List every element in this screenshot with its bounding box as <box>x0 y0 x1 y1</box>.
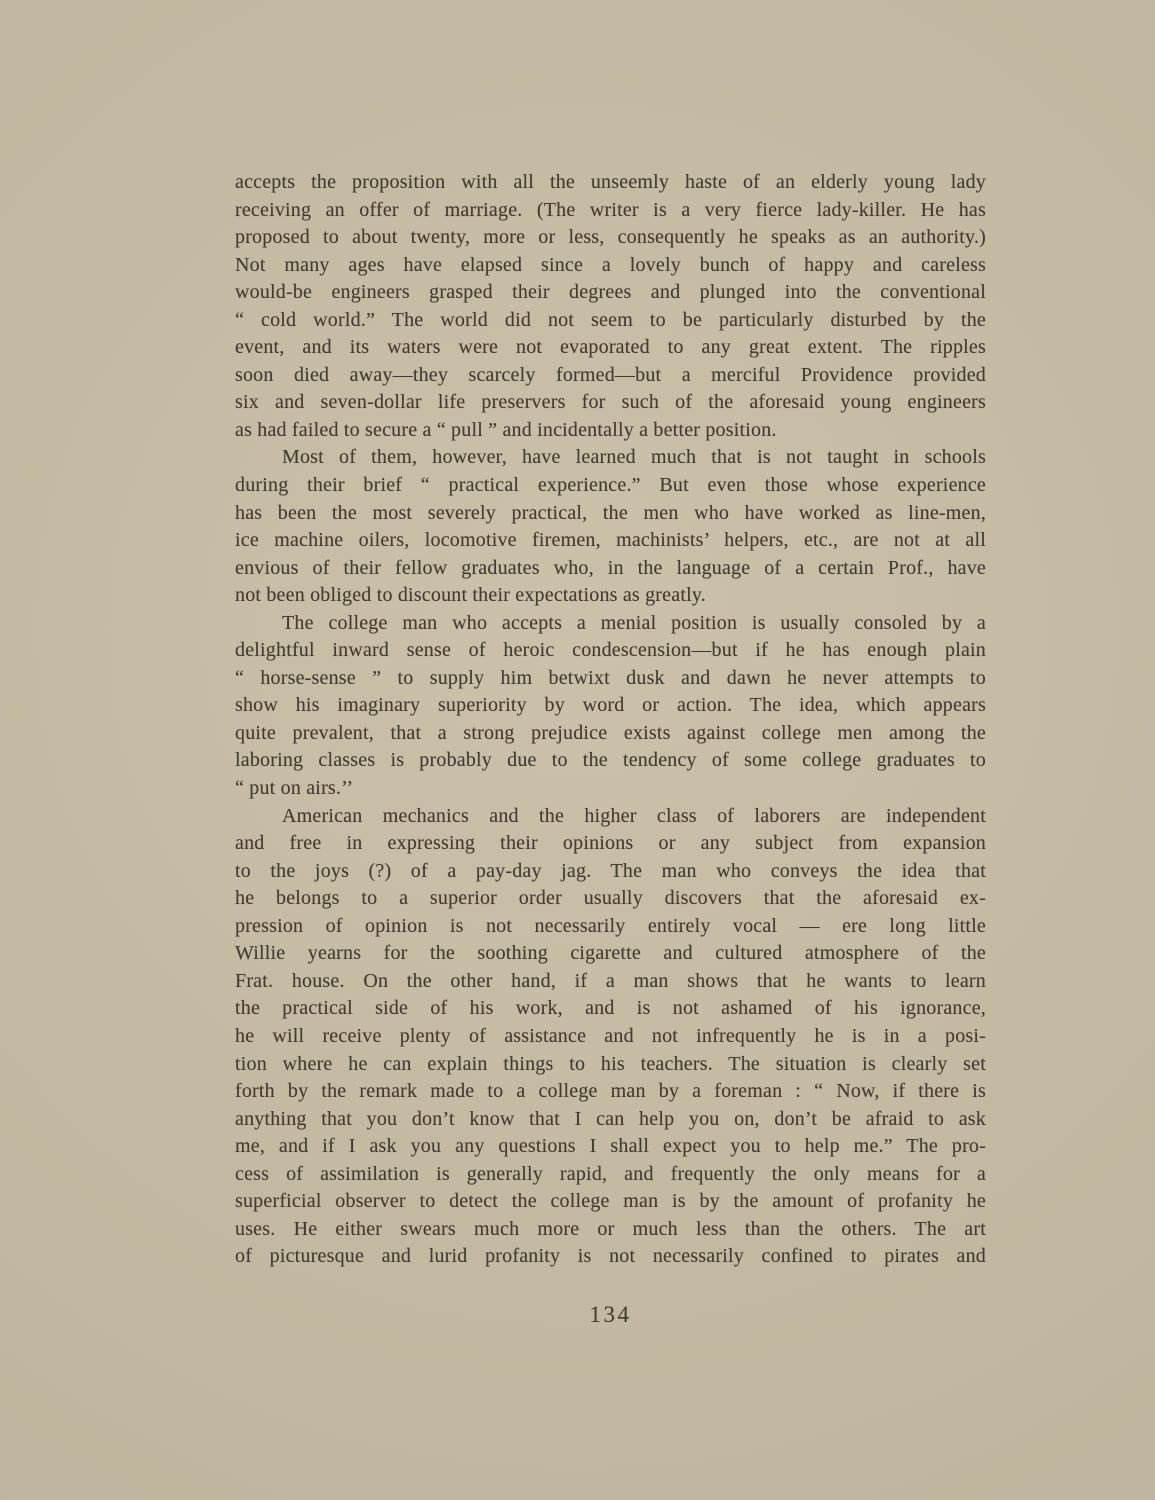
text-line: anything that you don’t know that I can … <box>235 1106 986 1134</box>
text-line: receiving an offer of marriage. (The wri… <box>235 197 986 225</box>
page-number: 134 <box>235 1302 986 1328</box>
text-line: me, and if I ask you any questions I sha… <box>235 1133 986 1161</box>
text-line: uses. He either swears much more or much… <box>235 1216 986 1244</box>
text-line: delightful inward sense of heroic condes… <box>235 637 986 665</box>
paragraph: The college man who accepts a menial pos… <box>235 610 986 803</box>
text-line: proposed to about twenty, more or less, … <box>235 224 986 252</box>
text-line: would-be engineers grasped their degrees… <box>235 279 986 307</box>
text-block: accepts the proposition with all the uns… <box>235 169 986 1271</box>
text-line: of picturesque and lurid profanity is no… <box>235 1243 986 1271</box>
text-line: “ cold world.” The world did not seem to… <box>235 307 986 335</box>
text-line: envious of their fellow graduates who, i… <box>235 555 986 583</box>
text-line: six and seven-dollar life preservers for… <box>235 389 986 417</box>
text-line: he will receive plenty of assistance and… <box>235 1023 986 1051</box>
text-line: forth by the remark made to a college ma… <box>235 1078 986 1106</box>
text-line: Willie yearns for the soothing cigarette… <box>235 940 986 968</box>
text-line: has been the most severely practical, th… <box>235 500 986 528</box>
text-line: the practical side of his work, and is n… <box>235 995 986 1023</box>
text-line: American mechanics and the higher class … <box>235 803 986 831</box>
paragraph: Most of them, however, have learned much… <box>235 444 986 609</box>
text-line: as had failed to secure a “ pull ” and i… <box>235 417 986 445</box>
text-line: show his imaginary superiority by word o… <box>235 692 986 720</box>
text-line: during their brief “ practical experienc… <box>235 472 986 500</box>
text-line: he belongs to a superior order usually d… <box>235 885 986 913</box>
text-line: quite prevalent, that a strong prejudice… <box>235 720 986 748</box>
book-page: accepts the proposition with all the uns… <box>0 0 1155 1500</box>
text-line: Frat. house. On the other hand, if a man… <box>235 968 986 996</box>
text-line: tion where he can explain things to his … <box>235 1051 986 1079</box>
text-line: ice machine oilers, locomotive firemen, … <box>235 527 986 555</box>
text-line: Most of them, however, have learned much… <box>235 444 986 472</box>
text-line: superficial observer to detect the colle… <box>235 1188 986 1216</box>
paragraph: American mechanics and the higher class … <box>235 803 986 1271</box>
paragraph: accepts the proposition with all the uns… <box>235 169 986 444</box>
text-line: cess of assimilation is generally rapid,… <box>235 1161 986 1189</box>
text-line: to the joys (?) of a pay-day jag. The ma… <box>235 858 986 886</box>
text-line: soon died away—they scarcely formed—but … <box>235 362 986 390</box>
text-line: “ horse-sense ” to supply him betwixt du… <box>235 665 986 693</box>
text-line: “ put on airs.’’ <box>235 775 986 803</box>
text-line: pression of opinion is not necessarily e… <box>235 913 986 941</box>
text-line: accepts the proposition with all the uns… <box>235 169 986 197</box>
text-line: not been obliged to discount their expec… <box>235 582 986 610</box>
text-line: event, and its waters were not evaporate… <box>235 334 986 362</box>
text-line: Not many ages have elapsed since a lovel… <box>235 252 986 280</box>
text-line: The college man who accepts a menial pos… <box>235 610 986 638</box>
text-line: and free in expressing their opinions or… <box>235 830 986 858</box>
text-line: laboring classes is probably due to the … <box>235 747 986 775</box>
